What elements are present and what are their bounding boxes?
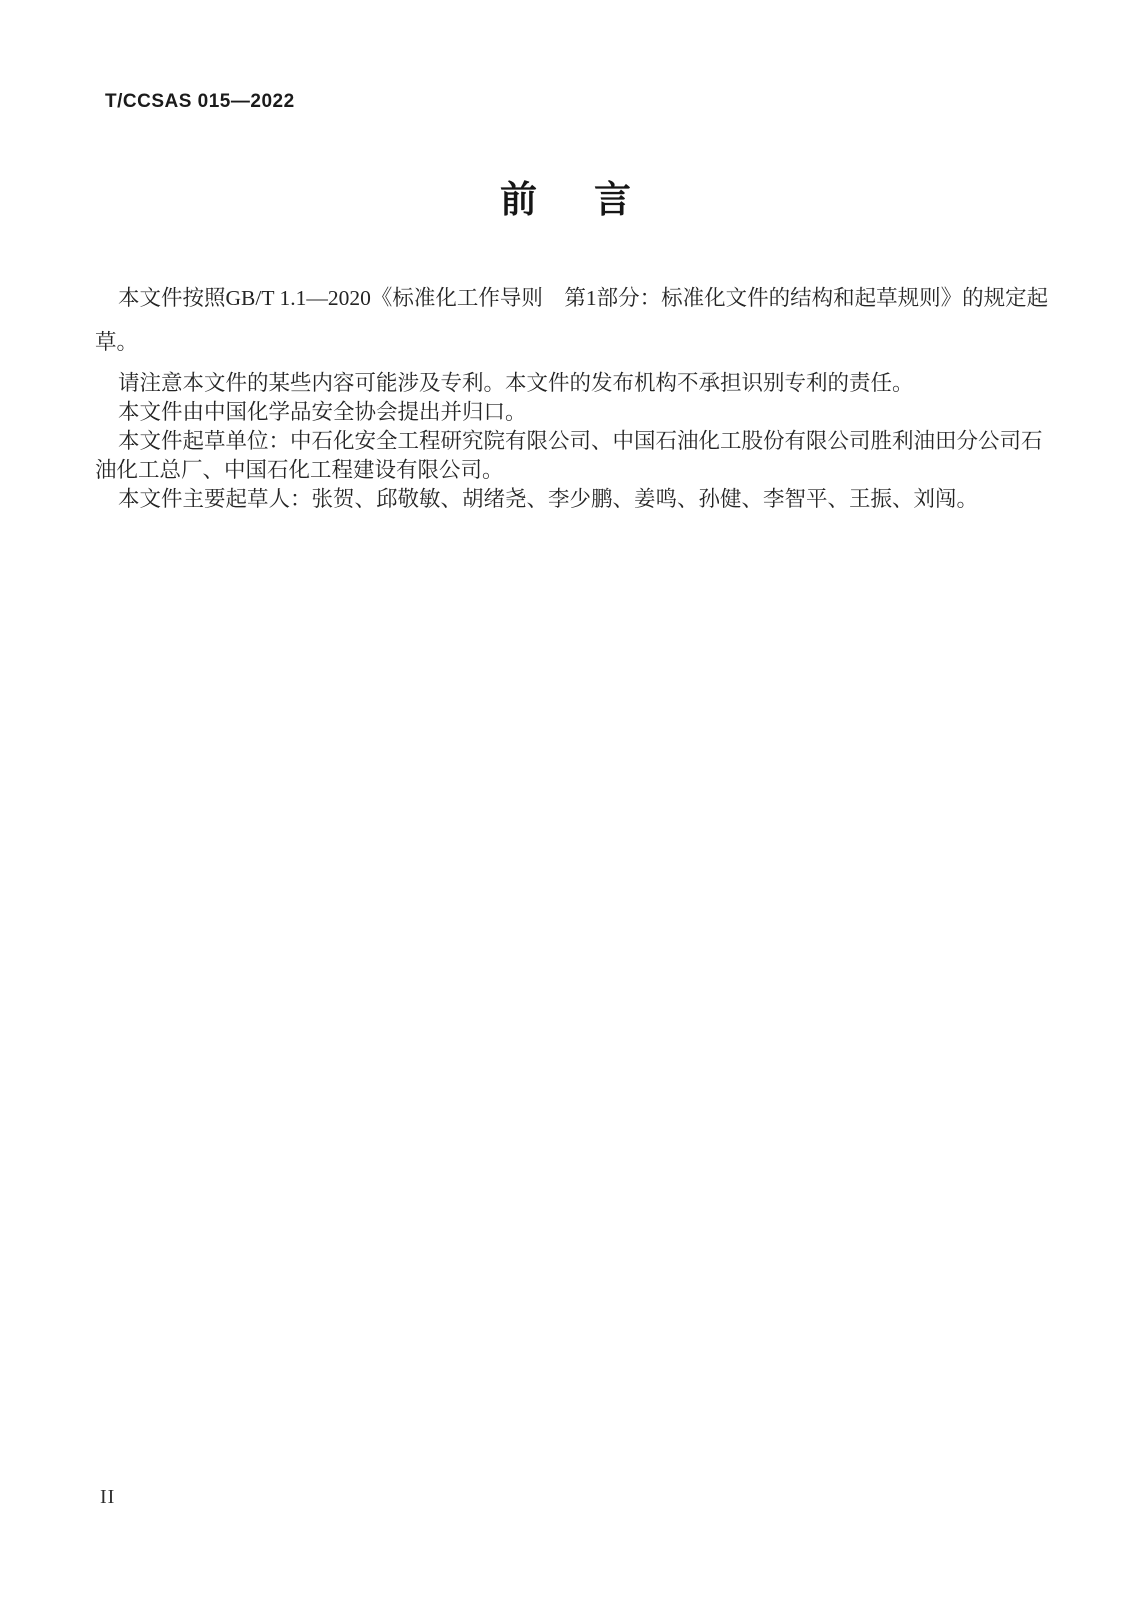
text-line: 本文件起草单位：中石化安全工程研究院有限公司、中国石油化工股份有限公司胜利油田分… (95, 427, 1027, 456)
page-number: II (100, 1486, 115, 1509)
document-body: 本文件按照GB/T 1.1—2020《标准化工作导则 第1部分：标准化文件的结构… (95, 276, 1027, 514)
page-title-char-1: 前 (500, 180, 537, 220)
document-page: T/CCSAS 015—2022 前 言 本文件按照GB/T 1.1—2020《… (0, 0, 1131, 1600)
text-line: 草。 (95, 320, 1027, 364)
paragraph-main-drafters: 本文件主要起草人：张贺、邱敬敏、胡绪尧、李少鹏、姜鸣、孙健、李智平、王振、刘闯。 (95, 485, 1027, 514)
paragraph-patent-notice: 请注意本文件的某些内容可能涉及专利。本文件的发布机构不承担识别专利的责任。 (95, 369, 1027, 398)
text-line: 本文件按照GB/T 1.1—2020《标准化工作导则 第1部分：标准化文件的结构… (95, 276, 1027, 320)
paragraph-drafting-rules: 本文件按照GB/T 1.1—2020《标准化工作导则 第1部分：标准化文件的结构… (95, 276, 1027, 364)
text-line: 本文件由中国化学品安全协会提出并归口。 (95, 398, 1027, 427)
paragraph-drafting-organizations: 本文件起草单位：中石化安全工程研究院有限公司、中国石油化工股份有限公司胜利油田分… (95, 427, 1027, 485)
text-line: 请注意本文件的某些内容可能涉及专利。本文件的发布机构不承担识别专利的责任。 (95, 369, 1027, 398)
document-code: T/CCSAS 015—2022 (105, 91, 295, 113)
page-title-char-2: 言 (594, 180, 631, 220)
page-title: 前 言 (0, 180, 1131, 220)
text-line: 油化工总厂、中国石化工程建设有限公司。 (95, 456, 1027, 485)
paragraph-proposing-body: 本文件由中国化学品安全协会提出并归口。 (95, 398, 1027, 427)
text-line: 本文件主要起草人：张贺、邱敬敏、胡绪尧、李少鹏、姜鸣、孙健、李智平、王振、刘闯。 (95, 485, 1027, 514)
